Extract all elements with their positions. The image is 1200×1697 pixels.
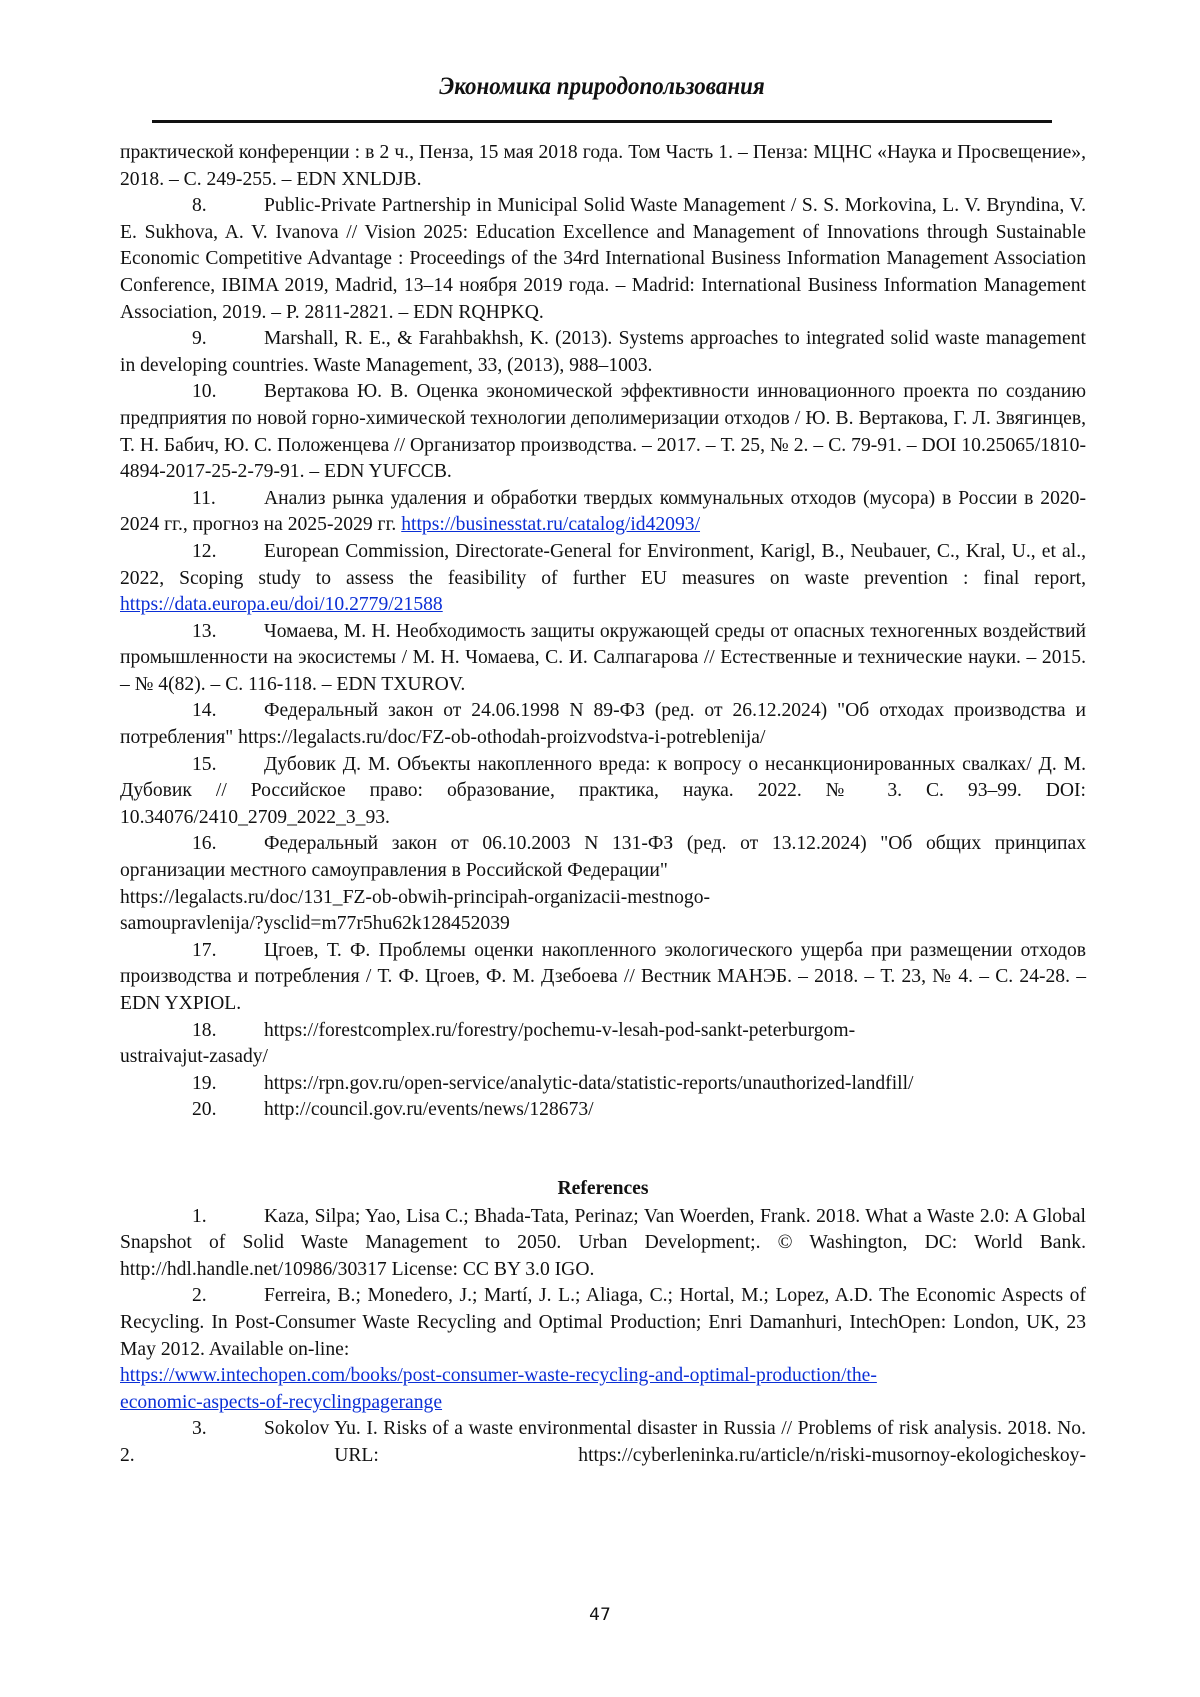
item-number: 9. [192,326,264,353]
item-number: 16. [192,831,264,858]
europa-doi-link[interactable]: https://data.europa.eu/doi/10.2779/21588 [120,594,443,615]
item-url: https://rpn.gov.ru/open-service/analytic… [264,1073,913,1094]
intechopen-link[interactable]: https://www.intechopen.com/books/post-co… [120,1365,877,1386]
running-title: Экономика природопользования [188,72,1016,102]
bibliography-item-13: 13.Чомаева, М. Н. Необходимость защиты о… [120,619,1086,699]
item-text: Чомаева, М. Н. Необходимость защиты окру… [120,621,1086,695]
item-text: Дубовик Д. М. Объекты накопленного вреда… [120,754,1086,828]
bibliography-item-9: 9.Marshall, R. E., & Farahbakhsh, K. (20… [120,326,1086,379]
item-text: Sokolov Yu. I. Risks of a waste environm… [120,1418,1086,1466]
document-page: Экономика природопользования практическо… [0,0,1200,1697]
item-number: 11. [192,486,264,513]
item-number: 3. [192,1416,264,1443]
bibliography-item-17: 17.Цгоев, Т. Ф. Проблемы оценки накоплен… [120,938,1086,1018]
businesstat-link[interactable]: https://businesstat.ru/catalog/id42093/ [401,514,700,535]
item-text: European Commission, Directorate-General… [120,541,1086,589]
bibliography-item-11: 11.Анализ рынка удаления и обработки тве… [120,486,1086,539]
bibliography-item-14: 14.Федеральный закон от 24.06.1998 N 89-… [120,698,1086,751]
item-number: 18. [192,1018,264,1045]
bibliography-item-10: 10.Вертакова Ю. В. Оценка экономической … [120,379,1086,485]
item-number: 15. [192,752,264,779]
item-text: Федеральный закон от 06.10.2003 N 131-ФЗ… [120,833,1086,881]
bibliography-item-16: 16.Федеральный закон от 06.10.2003 N 131… [120,831,1086,884]
item-number: 19. [192,1071,264,1098]
bibliography-item-19: 19.https://rpn.gov.ru/open-service/analy… [120,1071,1086,1098]
bibliography-item-8: 8.Public-Private Partnership in Municipa… [120,193,1086,326]
item-text: Вертакова Ю. В. Оценка экономической эфф… [120,381,1086,482]
item-text: Kaza, Silpa; Yao, Lisa C.; Bhada-Tata, P… [120,1206,1086,1280]
reference-item-2-link-line-2: economic-aspects-of-recyclingpagerange [120,1390,1086,1417]
reference-item-2-link-line-1: https://www.intechopen.com/books/post-co… [120,1363,1086,1390]
reference-item-1: 1.Kaza, Silpa; Yao, Lisa C.; Bhada-Tata,… [120,1204,1086,1284]
bibliography-item-18-url-2: ustraivajut-zasady/ [120,1044,1086,1071]
item-number: 13. [192,619,264,646]
item-number: 12. [192,539,264,566]
bibliography-item-12: 12.European Commission, Directorate-Gene… [120,539,1086,619]
item-text: Цгоев, Т. Ф. Проблемы оценки накопленног… [120,940,1086,1014]
continued-reference: практической конференции : в 2 ч., Пенза… [120,140,1086,193]
references-heading: References [120,1176,1086,1203]
item-number: 14. [192,698,264,725]
item-text: Public-Private Partnership in Municipal … [120,195,1086,322]
bibliography-item-16-url-2: samoupravlenija/?ysclid=m77r5hu62k128452… [120,911,1086,938]
page-number: 47 [0,1605,1200,1625]
item-number: 1. [192,1204,264,1231]
item-url: https://forestcomplex.ru/forestry/pochem… [264,1020,855,1041]
item-number: 20. [192,1097,264,1124]
bibliography-item-20: 20.http://council.gov.ru/events/news/128… [120,1097,1086,1124]
document-body: практической конференции : в 2 ч., Пенза… [120,140,1086,1470]
item-text: Ferreira, B.; Monedero, J.; Martí, J. L.… [120,1285,1086,1359]
item-number: 2. [192,1283,264,1310]
item-number: 17. [192,938,264,965]
item-url: http://council.gov.ru/events/news/128673… [264,1099,594,1120]
item-number: 8. [192,193,264,220]
header-rule [152,120,1052,123]
item-text: Marshall, R. E., & Farahbakhsh, K. (2013… [120,328,1086,376]
reference-item-2: 2.Ferreira, B.; Monedero, J.; Martí, J. … [120,1283,1086,1363]
intechopen-link-continued[interactable]: economic-aspects-of-recyclingpagerange [120,1392,442,1413]
bibliography-item-16-url-1: https://legalacts.ru/doc/131_FZ-ob-obwih… [120,885,1086,912]
reference-item-3: 3.Sokolov Yu. I. Risks of a waste enviro… [120,1416,1086,1469]
item-text: Федеральный закон от 24.06.1998 N 89-ФЗ … [120,700,1086,748]
item-number: 10. [192,379,264,406]
bibliography-item-18: 18.https://forestcomplex.ru/forestry/poc… [120,1018,1086,1045]
bibliography-item-15: 15.Дубовик Д. М. Объекты накопленного вр… [120,752,1086,832]
